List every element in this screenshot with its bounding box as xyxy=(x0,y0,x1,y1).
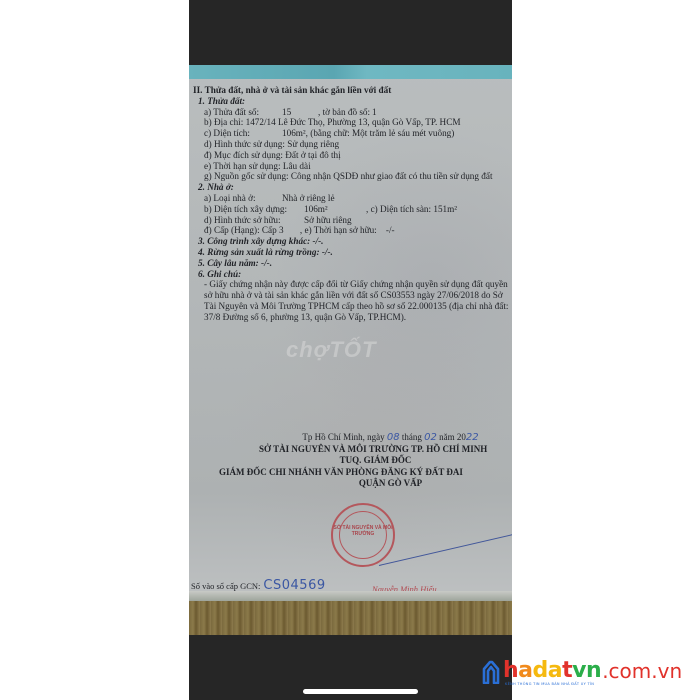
house-ownership-form: d) Hình thức sở hữu:Sở hữu riêng xyxy=(193,215,512,226)
logo-tagline: KÊNH THÔNG TIN MUA BÁN NHÀ ĐẤT UY TÍN xyxy=(505,682,594,686)
phone-screen: II. Thửa đất, nhà ở và tài sản khác gắn … xyxy=(189,0,512,700)
house-grade: đ) Cấp (Hạng): Cấp 3, e) Thời hạn sở hữu… xyxy=(193,225,512,236)
authority-district: QUẬN GÒ VẤP xyxy=(189,478,512,490)
other-works: 3. Công trình xây dựng khác: -/-. xyxy=(193,236,512,247)
authority-department: SỞ TÀI NGUYÊN VÀ MÔI TRƯỜNG TP. HỒ CHÍ M… xyxy=(189,444,512,456)
logo-letter: t xyxy=(562,658,572,683)
land-usage-purpose: đ) Mục đích sử dụng: Đất ở tại đô thị xyxy=(193,150,512,161)
logo-letter: d xyxy=(533,658,548,683)
logo-brand: hadatvn xyxy=(503,659,601,683)
chotot-watermark: chợTỐT xyxy=(286,337,376,363)
table-surface xyxy=(189,601,512,635)
photo-background-strip xyxy=(189,65,512,79)
planted-forest: 4. Rừng sản xuất là rừng trồng: -/-. xyxy=(193,247,512,258)
section-title: II. Thửa đất, nhà ở và tài sản khác gắn … xyxy=(193,85,512,96)
document-photo[interactable]: II. Thửa đất, nhà ở và tài sản khác gắn … xyxy=(189,65,512,635)
official-stamp: SỞ TÀI NGUYÊN VÀ MÔI TRƯỜNG xyxy=(331,503,395,567)
site-logo[interactable]: hadatvn .com.vn KÊNH THÔNG TIN MUA BÁN N… xyxy=(481,659,682,689)
authority-proxy: TUQ. GIÁM ĐỐC xyxy=(189,455,512,467)
house-type: a) Loại nhà ở:Nhà ở riêng lẻ xyxy=(193,193,512,204)
signature-block: Tp Hồ Chí Minh, ngày 08 tháng 02 năm 202… xyxy=(189,432,512,490)
notes-text: - Giấy chứng nhận này được cấp đổi từ Gi… xyxy=(193,279,512,322)
paper-edge xyxy=(189,591,512,601)
home-indicator[interactable] xyxy=(303,689,418,694)
authority-branch: GIÁM ĐỐC CHI NHÁNH VĂN PHÒNG ĐĂNG KÝ ĐẤT… xyxy=(189,467,512,479)
house-logo-icon xyxy=(481,660,503,684)
land-usage-form: d) Hình thức sử dụng: Sử dụng riêng xyxy=(193,139,512,150)
land-address: b) Địa chỉ: 1472/14 Lê Đức Thọ, Phường 1… xyxy=(193,117,512,128)
house-construction-area: b) Diện tích xây dựng:106m², c) Diện tíc… xyxy=(193,204,512,215)
land-usage-term: e) Thời hạn sử dụng: Lâu dài xyxy=(193,161,512,172)
logo-letter: h xyxy=(503,658,518,683)
logo-letter: v xyxy=(572,658,586,683)
house-heading: 2. Nhà ở: xyxy=(193,182,512,193)
land-area: c) Diện tích:106m², (bằng chữ: Một trăm … xyxy=(193,128,512,139)
logo-domain: .com.vn xyxy=(602,659,682,683)
land-plot-number: a) Thửa đất số:15, tờ bản đồ số:1 xyxy=(193,107,512,118)
land-origin: g) Nguồn gốc sử dụng: Công nhận QSDĐ như… xyxy=(193,171,512,182)
logo-letter: n xyxy=(586,658,601,683)
issue-date: Tp Hồ Chí Minh, ngày 08 tháng 02 năm 202… xyxy=(189,432,512,444)
logo-letter: a xyxy=(548,658,562,683)
logo-letter: a xyxy=(518,658,532,683)
notes-heading: 6. Ghi chú: xyxy=(193,269,512,280)
certificate-text: II. Thửa đất, nhà ở và tài sản khác gắn … xyxy=(193,85,512,323)
stamp-text: SỞ TÀI NGUYÊN VÀ MÔI TRƯỜNG xyxy=(333,525,393,537)
land-heading: 1. Thửa đất: xyxy=(193,96,512,107)
perennial-trees: 5. Cây lâu năm: -/-. xyxy=(193,258,512,269)
